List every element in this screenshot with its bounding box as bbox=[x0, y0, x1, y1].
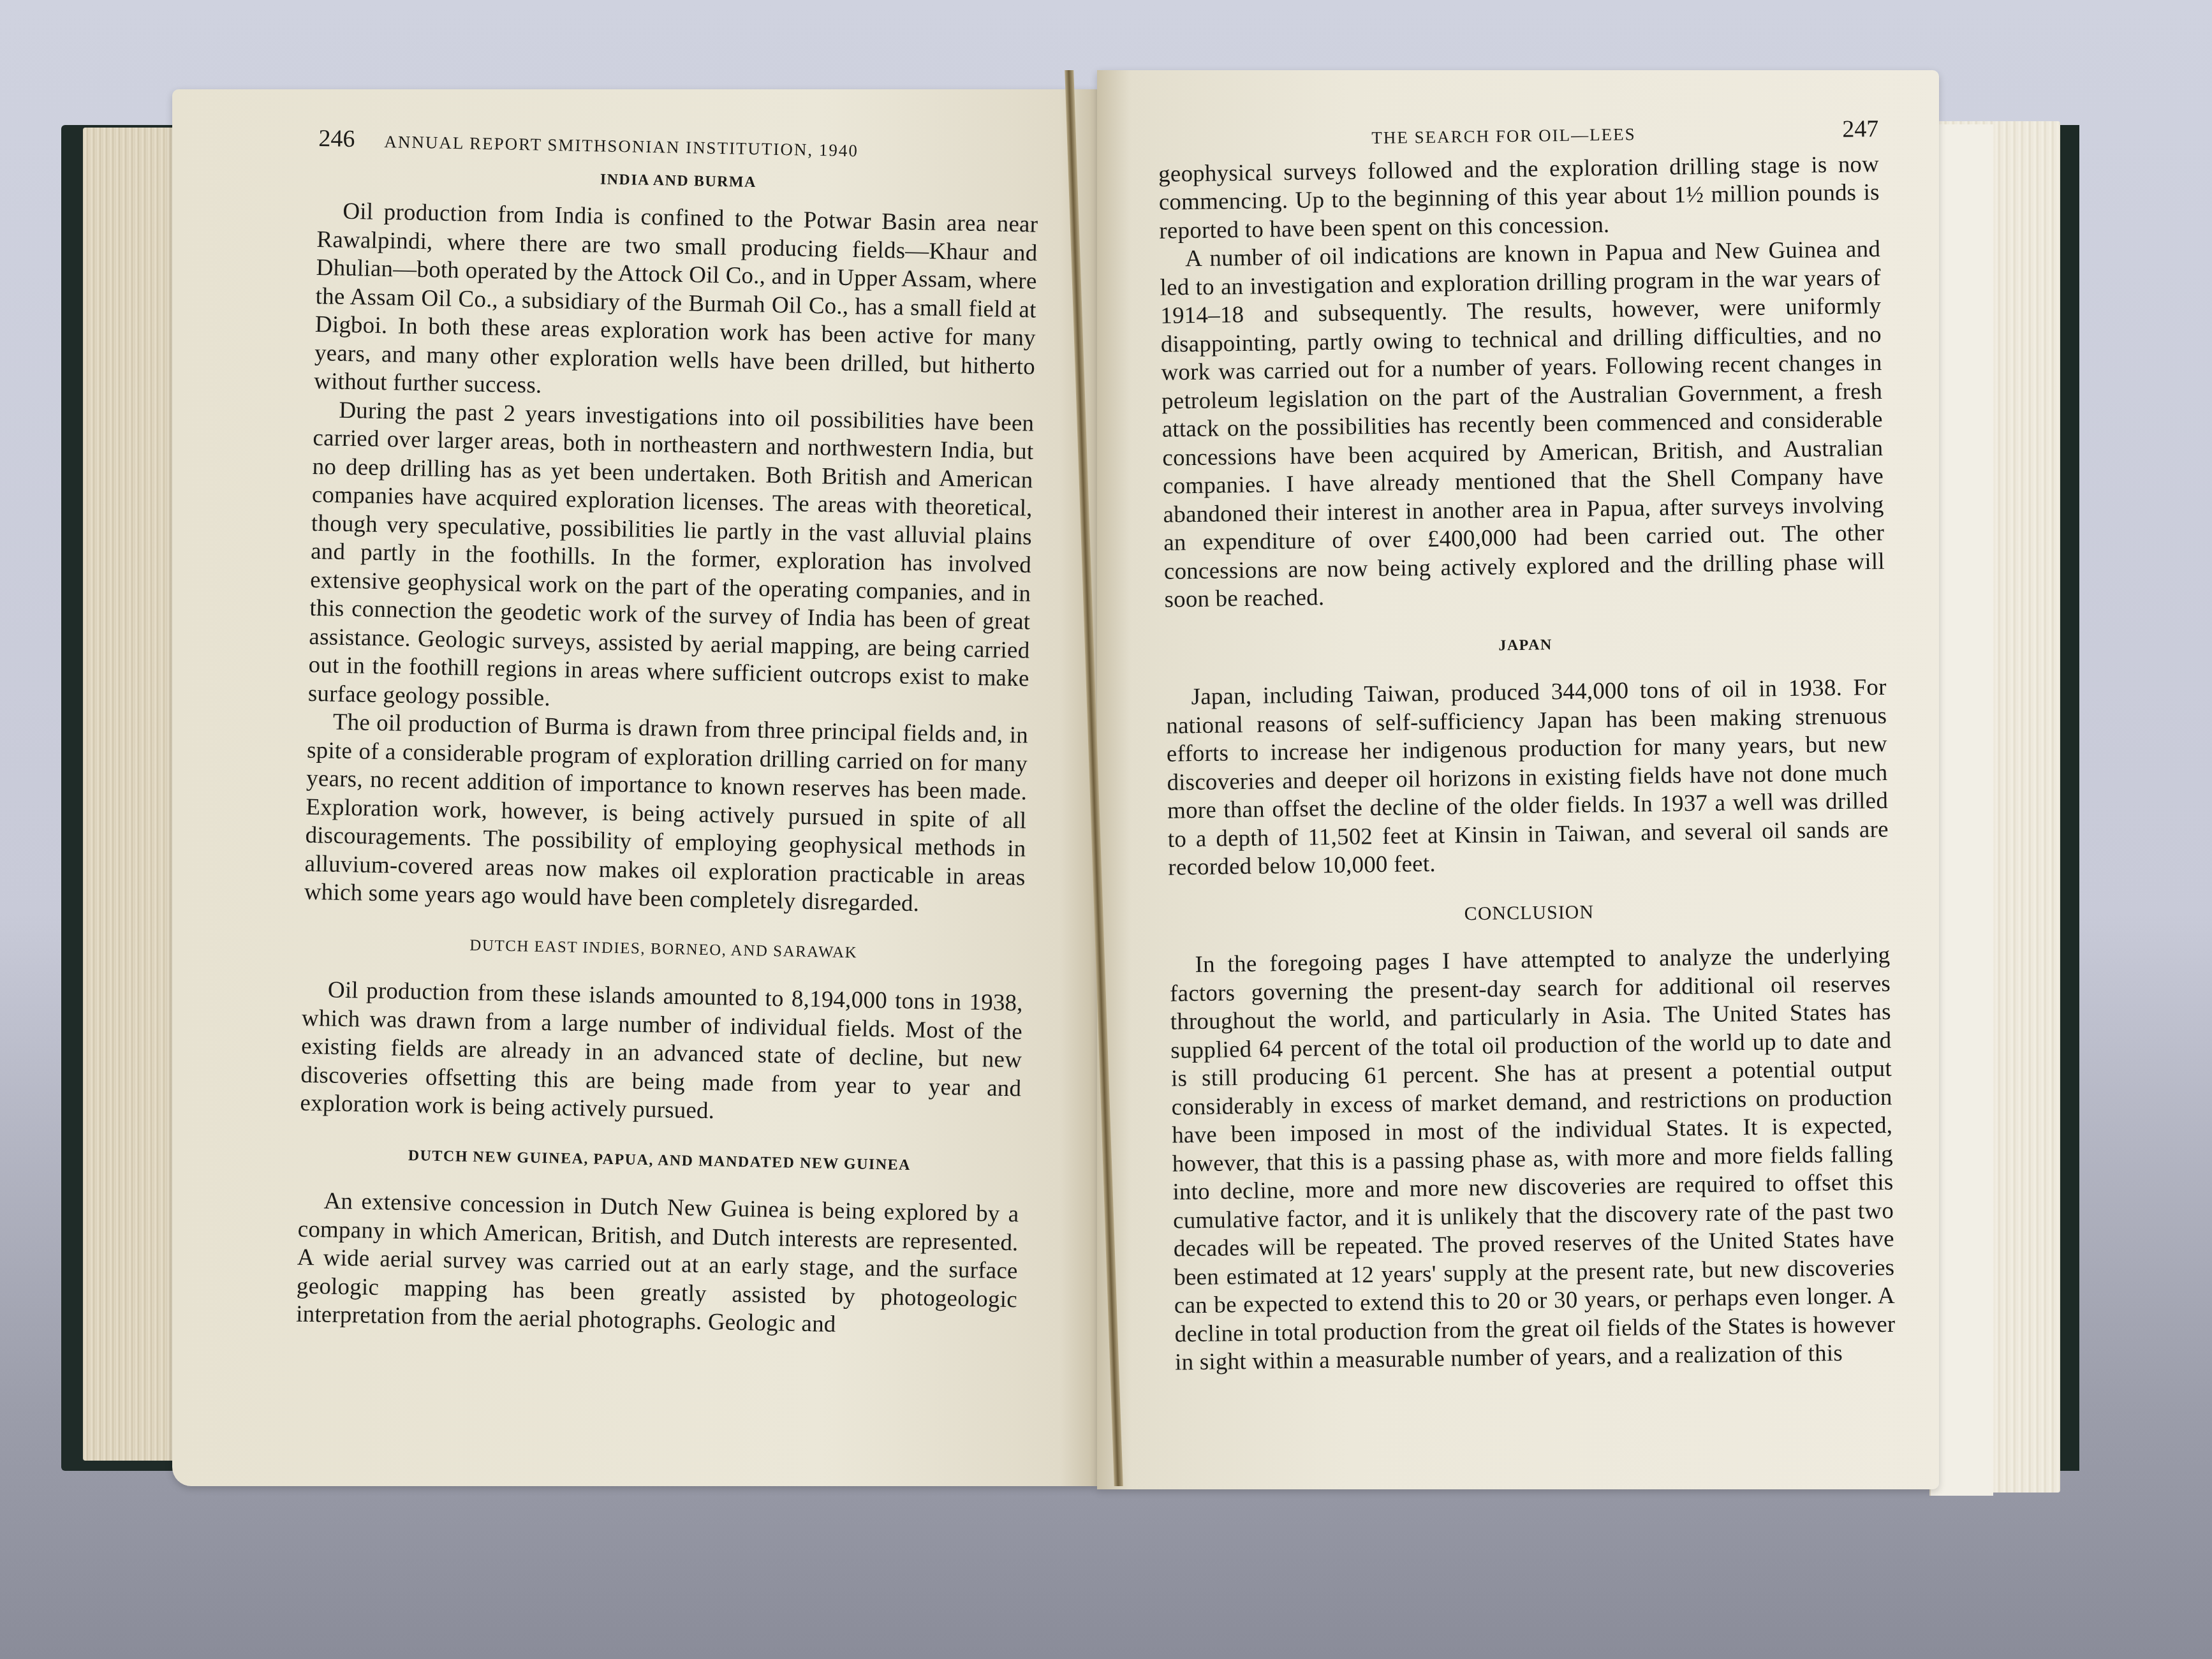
paragraph: A number of oil indications are known in… bbox=[1160, 235, 1885, 614]
paragraph: In the foregoing pages I have attempted … bbox=[1169, 941, 1896, 1377]
section-heading-japan: JAPAN bbox=[1165, 626, 1886, 664]
paragraph: The oil production of Burma is drawn fro… bbox=[304, 708, 1028, 920]
section-heading-conclusion: CONCLUSION bbox=[1169, 894, 1890, 932]
book-cover-back-edge bbox=[2060, 125, 2079, 1471]
paragraph: Japan, including Taiwan, produced 344,00… bbox=[1165, 674, 1889, 882]
page-number-right: 247 bbox=[1842, 115, 1879, 144]
page-number-left: 246 bbox=[318, 124, 355, 154]
page-block-left-edge bbox=[83, 128, 185, 1461]
paragraph: During the past 2 years investigations i… bbox=[307, 395, 1034, 721]
paragraph: Oil production from these islands amount… bbox=[300, 976, 1023, 1132]
paragraph: An extensive concession in Dutch New Gui… bbox=[296, 1187, 1019, 1343]
page-stack-right bbox=[1929, 124, 1993, 1496]
running-head-title-right: THE SEARCH FOR OIL—LEES bbox=[1371, 120, 1636, 152]
left-page-text: 246 ANNUAL REPORT SMITHSONIAN INSTITUTIO… bbox=[296, 124, 1040, 1343]
right-page-text: THE SEARCH FOR OIL—LEES 247 geophysical … bbox=[1158, 115, 1896, 1377]
running-head-title-left: ANNUAL REPORT SMITHSONIAN INSTITUTION, 1… bbox=[384, 128, 859, 165]
section-heading-dutch-new-guinea: DUTCH NEW GUINEA, PAPUA, AND MANDATED NE… bbox=[299, 1139, 1021, 1181]
paragraph: Oil production from India is confined to… bbox=[314, 197, 1038, 409]
paragraph-continued: geophysical surveys followed and the exp… bbox=[1158, 150, 1880, 245]
section-heading-dutch-east-indies: DUTCH EAST INDIES, BORNEO, AND SARAWAK bbox=[303, 928, 1024, 970]
